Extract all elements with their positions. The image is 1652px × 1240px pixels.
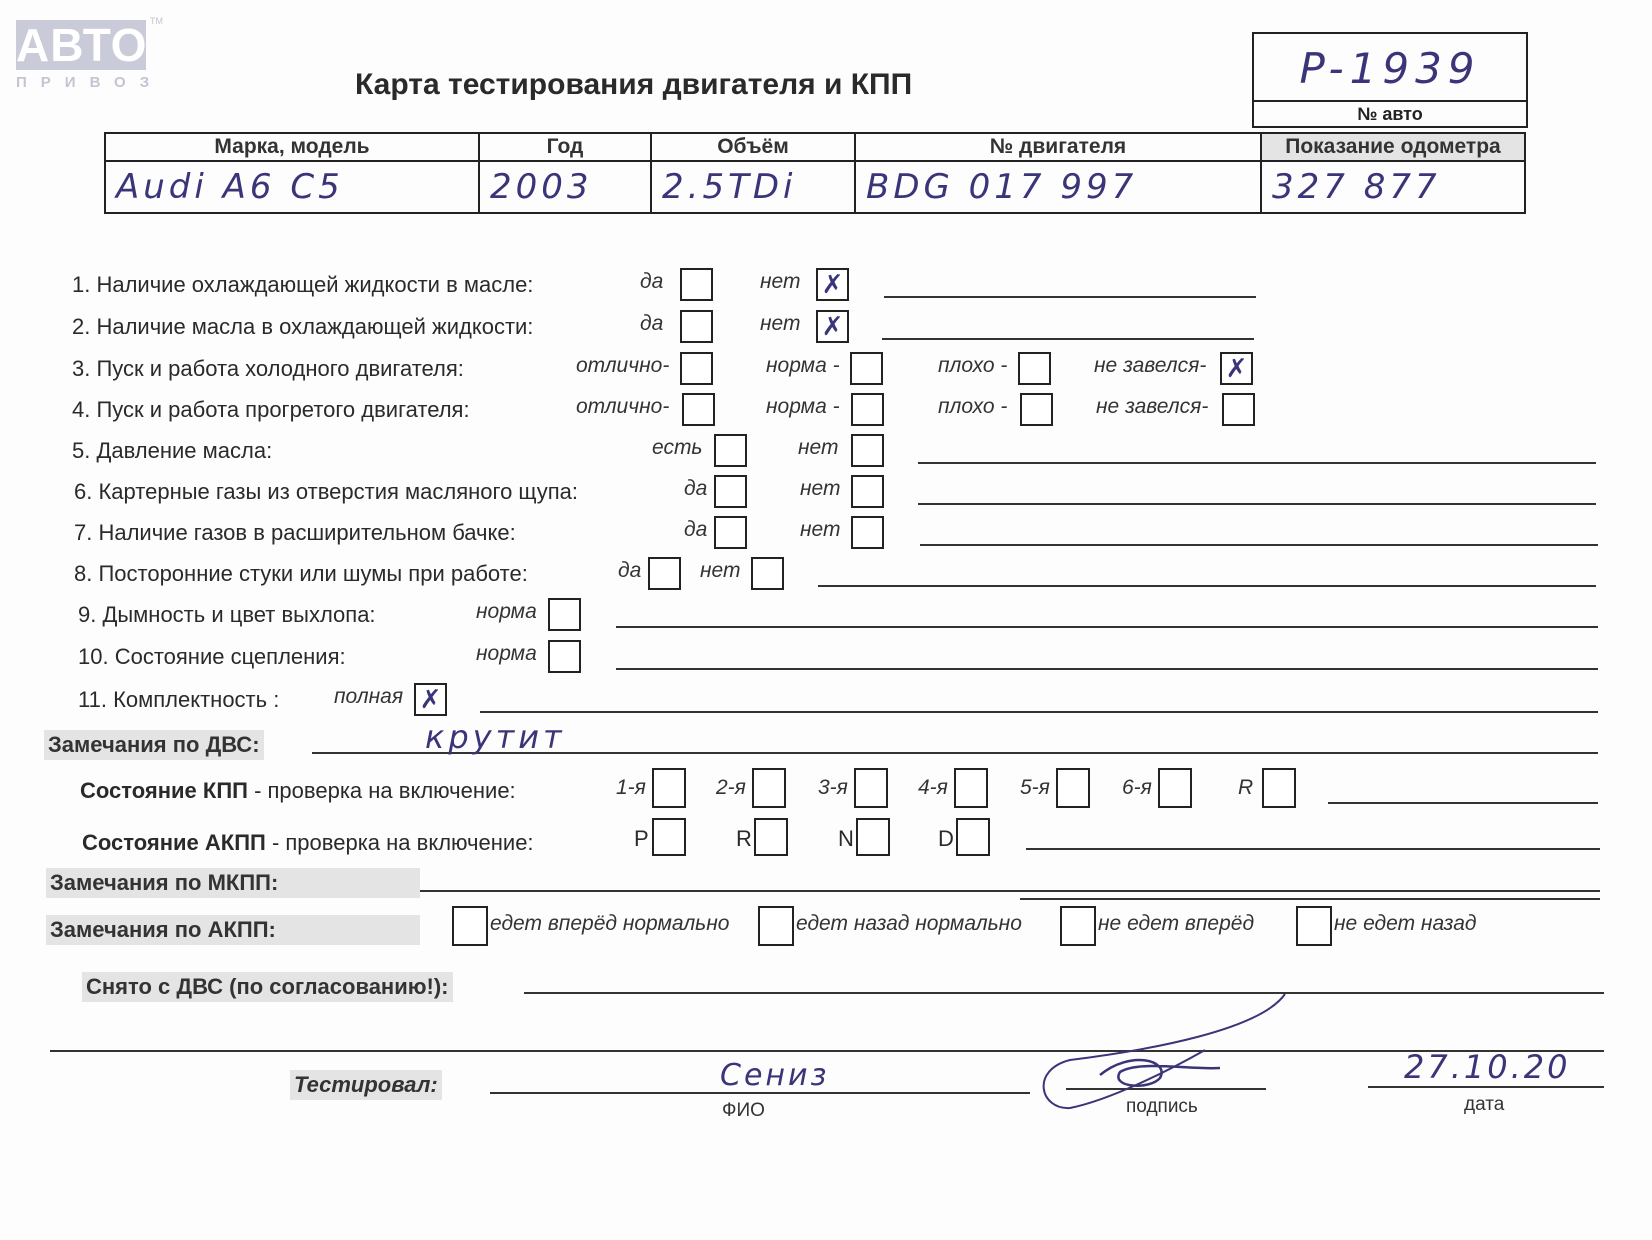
checklist-checkbox[interactable] [680,310,713,343]
col-header-odometer: Показание одометра [1261,133,1525,161]
checklist-checkbox[interactable] [751,557,784,590]
date-line [1368,1086,1604,1088]
date-caption: дата [1464,1094,1504,1116]
company-logo: АВТО TM ПРИВОЗ [16,20,163,91]
checklist-checkbox[interactable] [851,475,884,508]
kpp-gear-checkbox[interactable] [1158,768,1192,808]
checklist-checkbox[interactable] [548,598,581,631]
checklist-checkbox[interactable] [851,516,884,549]
checklist-checkbox[interactable] [850,352,883,385]
checklist-option-label: норма [476,600,537,624]
kpp-gear-checkbox[interactable] [954,768,988,808]
kpp-gear-label: 4-я [918,776,948,800]
kpp-label-rest: - проверка на включение: [248,778,516,803]
col-header-year: Год [479,133,651,161]
checklist-notes-line [884,296,1256,298]
year-value[interactable]: 2003 [479,161,651,213]
checklist-checkbox[interactable] [1222,393,1255,426]
checklist-checkbox[interactable]: ✗ [1220,352,1253,385]
logo-mark: АВТО [16,20,146,70]
checklist-option-label: нет [800,477,841,501]
checklist-item-label: 1. Наличие охлаждающей жидкости в масле: [72,272,533,298]
logo-subtitle: ПРИВОЗ [16,74,163,91]
akpp-mode-label: N [838,826,854,852]
kpp-label-bold: Состояние КПП [80,778,248,803]
checklist-notes-line [918,462,1596,464]
checklist-item-label: 2. Наличие масла в охлаждающей жидкости: [72,314,533,340]
make-model-value[interactable]: Audi A6 C5 [105,161,479,213]
akpp-mode-checkbox[interactable] [754,818,788,856]
checklist-option-label: не завелся- [1096,395,1208,419]
kpp-gear-checkbox[interactable] [652,768,686,808]
kpp-gear-label: 5-я [1020,776,1050,800]
checklist-checkbox[interactable]: ✗ [816,310,849,343]
checklist-option-label: норма - [766,354,840,378]
checklist-notes-line [480,711,1598,713]
page-title: Карта тестирования двигателя и КПП [355,68,912,102]
akpp-label-bold: Состояние АКПП [82,830,266,855]
checklist-option-label: да [640,312,663,336]
kpp-gear-label: 2-я [716,776,746,800]
checklist-checkbox[interactable] [714,434,747,467]
akpp-remark-checkbox[interactable] [1060,906,1096,946]
kpp-check-label: Состояние КПП - проверка на включение: [80,778,516,804]
akpp-mode-checkbox[interactable] [956,818,990,856]
checklist-option-label: нет [800,518,841,542]
checklist-checkbox[interactable] [648,557,681,590]
akpp-remark-label: не едет вперёд [1098,912,1254,936]
kpp-gear-checkbox[interactable] [752,768,786,808]
kpp-gear-label: R [1238,776,1253,800]
checklist-option-label: отлично- [576,354,669,378]
akpp-mode-label: R [736,826,752,852]
checklist-item-label: 6. Картерные газы из отверстия масляного… [74,479,578,505]
checklist-option-label: полная [334,685,403,709]
checklist-item-label: 3. Пуск и работа холодного двигателя: [72,356,464,382]
akpp-mode-checkbox[interactable] [856,818,890,856]
checklist-option-label: плохо - [938,395,1007,419]
akpp-remark-checkbox[interactable] [452,906,488,946]
checklist-option-label: нет [798,436,839,460]
checklist-checkbox[interactable] [714,516,747,549]
checklist-option-label: да [684,518,707,542]
checklist-option-label: нет [760,270,801,294]
checklist-option-label: да [640,270,663,294]
checklist-item-label: 7. Наличие газов в расширительном бачке: [74,520,516,546]
checklist-option-label: отлично- [576,395,669,419]
akpp-check-label: Состояние АКПП - проверка на включение: [82,830,534,856]
checklist-checkbox[interactable] [1020,393,1053,426]
engine-number-value[interactable]: BDG 017 997 [855,161,1261,213]
checklist-checkbox[interactable] [680,352,713,385]
akpp-remark-label: не едет назад [1334,912,1476,936]
checklist-item-label: 11. Комплектность : [78,687,279,713]
kpp-notes-line [1328,802,1598,804]
tester-name-value[interactable]: Сениз [720,1058,829,1093]
dvs-remarks-label: Замечания по ДВС: [44,730,264,760]
akpp-label-rest: - проверка на включение: [266,830,534,855]
kpp-gear-label: 6-я [1122,776,1152,800]
checklist-checkbox[interactable]: ✗ [816,268,849,301]
checklist-option-label: плохо - [938,354,1007,378]
akpp-remark-label: едет вперёд нормально [490,912,729,936]
kpp-gear-checkbox[interactable] [854,768,888,808]
logo-trademark: TM [150,16,163,26]
vehicle-info-table: Марка, модель Год Объём № двигателя Пока… [104,132,1526,214]
checklist-option-label: не завелся- [1094,354,1206,378]
kpp-gear-checkbox[interactable] [1262,768,1296,808]
checklist-item-label: 8. Посторонние стуки или шумы при работе… [74,561,528,587]
col-header-volume: Объём [651,133,855,161]
checklist-option-label: норма [476,642,537,666]
checklist-item-label: 5. Давление масла: [72,438,272,464]
col-header-engine-number: № двигателя [855,133,1261,161]
mkpp-remarks-line-2 [1020,898,1600,900]
signature-caption: подпись [1126,1096,1198,1118]
checklist-item-label: 4. Пуск и работа прогретого двигателя: [72,397,470,423]
akpp-mode-label: P [634,826,649,852]
akpp-mode-checkbox[interactable] [652,818,686,856]
checklist-notes-line [818,585,1596,587]
checklist-checkbox[interactable] [851,434,884,467]
checklist-item-label: 9. Дымность и цвет выхлопа: [78,602,376,628]
checklist-checkbox[interactable] [680,268,713,301]
checklist-notes-line [616,626,1598,628]
checklist-option-label: да [618,559,641,583]
checklist-notes-line [616,668,1598,670]
mkpp-remarks-line [420,890,1600,892]
akpp-mode-label: D [938,826,954,852]
checklist-checkbox[interactable]: ✗ [414,683,447,716]
checklist-option-label: нет [700,559,741,583]
checklist-notes-line [920,544,1598,546]
col-header-make-model: Марка, модель [105,133,479,161]
removed-label: Снято с ДВС (по согласованию!): [82,972,453,1002]
akpp-notes-line [1026,848,1600,850]
volume-value[interactable]: 2.5TDi [651,161,855,213]
kpp-gear-label: 1-я [616,776,646,800]
akpp-remarks-label: Замечания по АКПП: [46,915,420,945]
dvs-remarks-value[interactable]: крутит [425,718,566,756]
checklist-checkbox[interactable] [1018,352,1051,385]
kpp-gear-checkbox[interactable] [1056,768,1090,808]
akpp-remark-checkbox[interactable] [758,906,794,946]
checklist-option-label: да [684,477,707,501]
checklist-item-label: 10. Состояние сцепления: [78,644,346,670]
divider-line [50,1050,1604,1052]
checklist-option-label: нет [760,312,801,336]
checklist-notes-line [882,338,1254,340]
checklist-checkbox[interactable] [714,475,747,508]
checklist-notes-line [918,503,1596,505]
checklist-checkbox[interactable] [682,393,715,426]
akpp-remark-label: едет назад нормально [796,912,1022,936]
checklist-option-label: норма - [766,395,840,419]
auto-number-value[interactable]: P-1939 [1254,34,1526,102]
checklist-option-label: есть [652,436,702,460]
name-caption: ФИО [722,1100,765,1122]
odometer-value[interactable]: 327 877 [1261,161,1525,213]
date-value[interactable]: 27.10.20 [1404,1048,1571,1086]
signature-icon[interactable] [1030,990,1290,1110]
checklist-checkbox[interactable] [548,640,581,673]
mkpp-remarks-label: Замечания по МКПП: [46,868,420,898]
checklist-checkbox[interactable] [851,393,884,426]
tested-by-label: Тестировал: [290,1070,442,1100]
kpp-gear-label: 3-я [818,776,848,800]
auto-number-box: P-1939 № авто [1252,32,1528,128]
akpp-remark-checkbox[interactable] [1296,906,1332,946]
auto-number-label: № авто [1254,102,1526,126]
